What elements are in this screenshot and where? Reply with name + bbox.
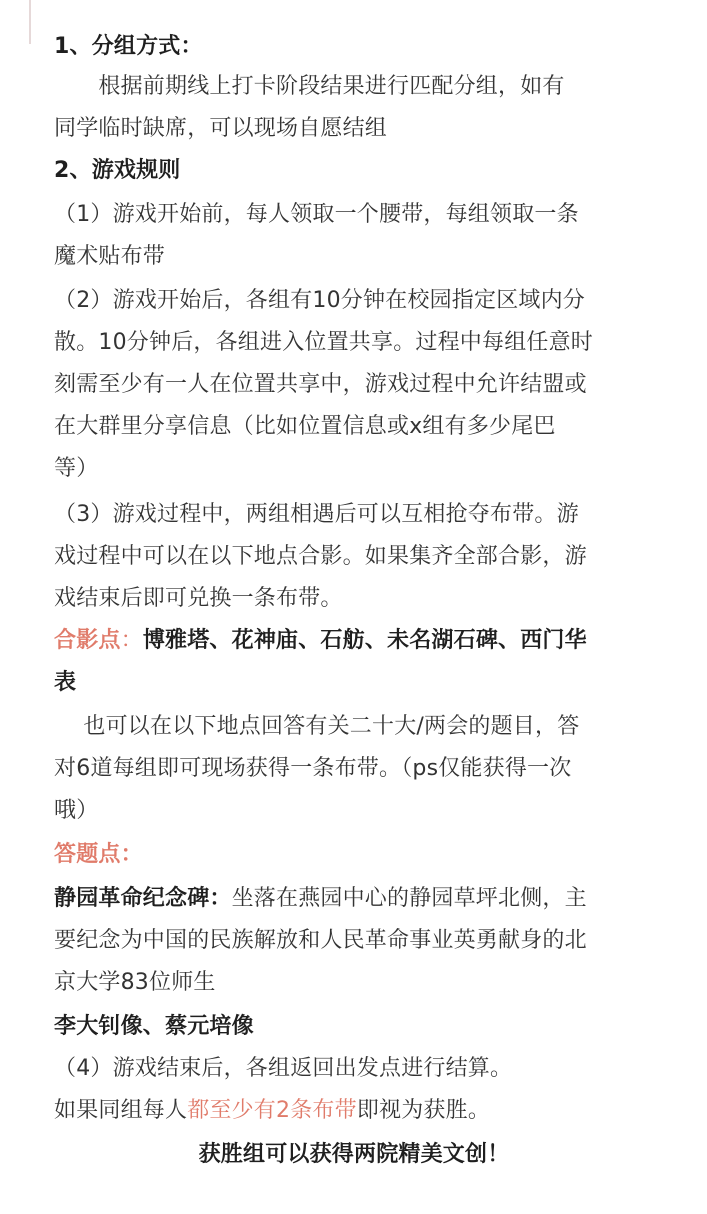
win-condition-line: 如果同组每人都至少有2条布带即视为获胜。 [54,1096,490,1126]
rule2-line: 等） [54,454,98,484]
rule2-line: 在大群里分享信息（比如位置信息或x组有多少尾巴 [54,412,556,442]
win-highlight: 都至少有2条布带 [187,1098,357,1123]
photo-spots-list-cont: 表 [54,668,76,698]
rule2-line: 刻需至少有一人在位置共享中，游戏过程中允许结盟或 [54,370,587,400]
rule4-line: （4）游戏结束后，各组返回出发点进行结算。 [54,1054,512,1084]
section1-para-line: 同学临时缺席，可以现场自愿结组 [54,114,387,144]
monument-title: 静园革命纪念碑： [54,886,232,911]
rule3-line: （3）游戏过程中，两组相遇后可以互相抢夺布带。游 [54,500,579,530]
section1-para-line: 根据前期线上打卡阶段结果进行匹配分组，如有 [54,72,565,102]
rule2-line: 散。10分钟后，各组进入位置共享。过程中每组任意时 [54,328,593,358]
photo-spots-colon: ： [121,628,143,653]
win-post: 即视为获胜。 [357,1098,490,1123]
monument-desc-line: 要纪念为中国的民族解放和人民革命事业英勇献身的北 [54,926,587,956]
rule1-line: （1）游戏开始前，每人领取一个腰带，每组领取一条 [54,200,579,230]
statues-label: 李大钊像、蔡元培像 [54,1012,254,1042]
section1-title: 1、分组方式： [54,32,203,62]
quiz-para-line: 对6道每组即可现场获得一条布带。（ps仅能获得一次 [54,754,571,784]
rule2-line: （2）游戏开始后，各组有10分钟在校园指定区域内分 [54,286,585,316]
prize-text: 获胜组可以获得两院精美文创！ [54,1140,654,1170]
quiz-spots-label: 答题点： [54,840,143,870]
rule3-line: 戏结束后即可兑换一条布带。 [54,584,343,614]
monument-desc: 坐落在燕园中心的静园草坪北侧，主 [232,886,587,911]
win-pre: 如果同组每人 [54,1098,187,1123]
photo-spots-line: 合影点：博雅塔、花神庙、石舫、未名湖石碑、西门华 [54,626,587,656]
photo-spots-list: 博雅塔、花神庙、石舫、未名湖石碑、西门华 [143,628,587,653]
left-edge-divider [29,0,31,44]
photo-spots-label: 合影点 [54,628,121,653]
quiz-para-line: 哦） [54,796,98,826]
section2-title: 2、游戏规则 [54,156,181,186]
monument-line: 静园革命纪念碑：坐落在燕园中心的静园草坪北侧，主 [54,884,587,914]
monument-desc-line: 京大学83位师生 [54,968,216,998]
rule3-line: 戏过程中可以在以下地点合影。如果集齐全部合影，游 [54,542,587,572]
quiz-para-line: 也可以在以下地点回答有关二十大/两会的题目，答 [54,712,579,742]
rule1-line: 魔术贴布带 [54,242,165,272]
